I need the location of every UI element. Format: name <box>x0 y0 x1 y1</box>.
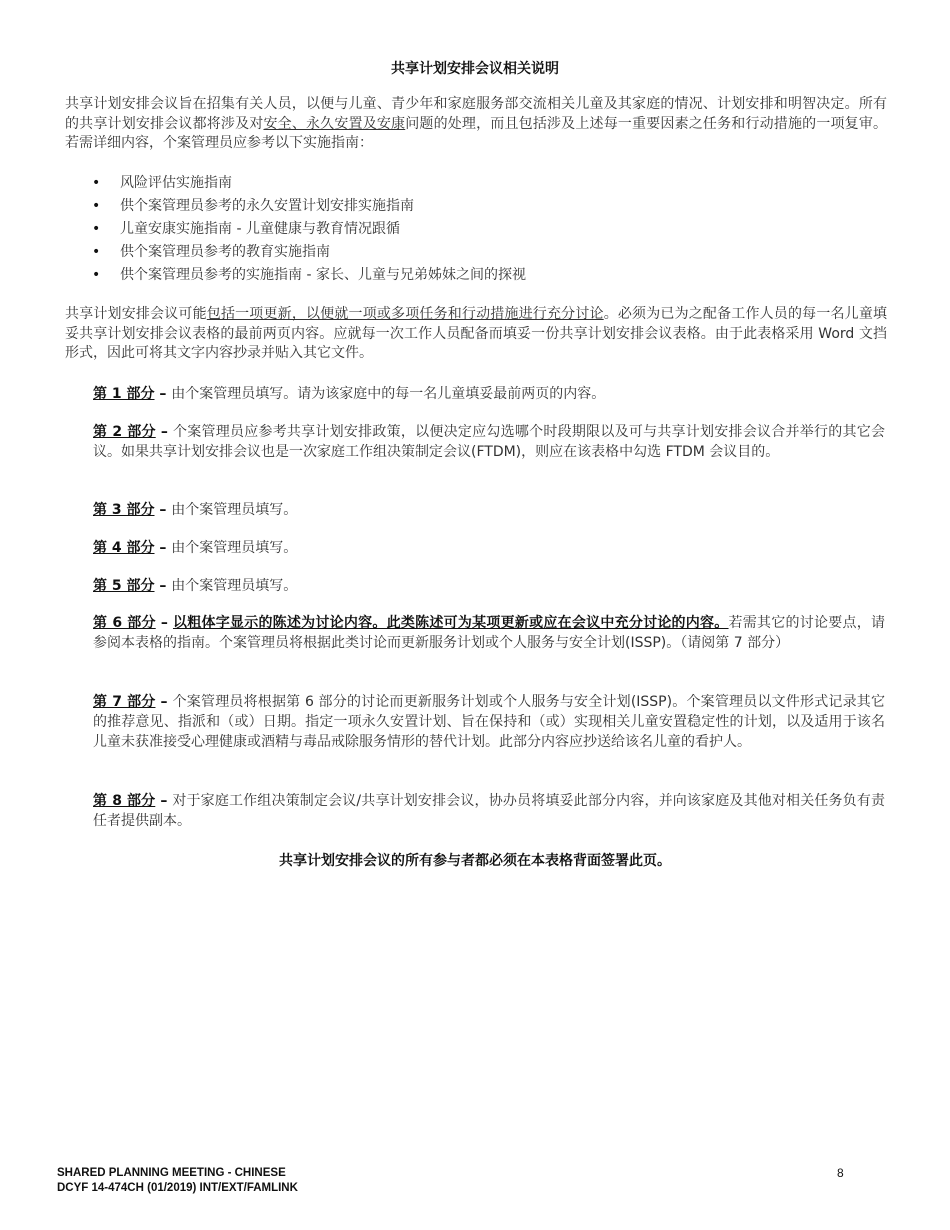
section-6: 第 6 部分 – 以粗体字显示的陈述为讨论内容。此类陈述可为某项更新或应在会议中… <box>93 613 885 653</box>
section-text: 由个案管理员填写。 <box>171 578 297 594</box>
bullet-icon: • <box>92 172 100 195</box>
section-dash: – <box>155 502 172 518</box>
section-text: 个案管理员将根据第 6 部分的讨论而更新服务计划或个人服务与安全计划(ISSP)… <box>93 694 885 750</box>
section-1: 第 1 部分 – 由个案管理员填写。请为该家庭中的每一名儿童填妥最前两页的内容。 <box>93 384 885 404</box>
section-5: 第 5 部分 – 由个案管理员填写。 <box>93 576 885 596</box>
section-dash: – <box>155 694 172 710</box>
list-item: •供个案管理员参考的永久安置计划安排实施指南 <box>90 195 526 218</box>
list-item: •风险评估实施指南 <box>90 172 526 195</box>
section-2: 第 2 部分 – 个案管理员应参考共享计划安排政策，以便决定应勾选哪个时段期限以… <box>93 422 885 462</box>
section-label: 第 5 部分 <box>93 578 155 594</box>
section-label: 第 7 部分 <box>93 694 155 710</box>
section-dash: – <box>155 578 172 594</box>
section-7: 第 7 部分 – 个案管理员将根据第 6 部分的讨论而更新服务计划或个人服务与安… <box>93 692 885 752</box>
update-paragraph: 共享计划安排会议可能包括一项更新，以便就一项或多项任务和行动措施进行充分讨论。必… <box>65 305 887 364</box>
section-dash: – <box>155 540 172 556</box>
bullet-icon: • <box>92 264 100 287</box>
list-item: •供个案管理员参考的教育实施指南 <box>90 241 526 264</box>
section-dash: – <box>156 424 173 440</box>
list-item: •儿童安康实施指南 - 儿童健康与教育情况跟循 <box>90 218 526 241</box>
section-dash: – <box>155 386 172 402</box>
intro-paragraph: 共享计划安排会议旨在招集有关人员，以便与儿童、青少年和家庭服务部交流相关儿童及其… <box>65 95 887 154</box>
list-item: •供个案管理员参考的实施指南 - 家长、儿童与兄弟姊妹之间的探视 <box>90 264 526 287</box>
section-text: 个案管理员应参考共享计划安排政策，以便决定应勾选哪个时段期限以及可与共享计划安排… <box>93 424 885 460</box>
list-item-text: 儿童安康实施指南 - 儿童健康与教育情况跟循 <box>120 221 400 237</box>
list-item-text: 供个案管理员参考的实施指南 - 家长、儿童与兄弟姊妹之间的探视 <box>120 267 526 283</box>
section-label: 第 3 部分 <box>93 502 155 518</box>
guides-list: •风险评估实施指南 •供个案管理员参考的永久安置计划安排实施指南 •儿童安康实施… <box>90 172 526 287</box>
section-text: 由个案管理员填写。请为该家庭中的每一名儿童填妥最前两页的内容。 <box>171 386 605 402</box>
section-3: 第 3 部分 – 由个案管理员填写。 <box>93 500 885 520</box>
list-item-text: 供个案管理员参考的永久安置计划安排实施指南 <box>120 198 414 214</box>
section-label: 第 1 部分 <box>93 386 155 402</box>
page-number: 8 <box>837 1166 844 1180</box>
footer-form-info: SHARED PLANNING MEETING - CHINESE DCYF 1… <box>57 1166 298 1196</box>
section-label: 第 4 部分 <box>93 540 155 556</box>
bullet-icon: • <box>92 195 100 218</box>
section-dash: – <box>155 793 172 809</box>
section-dash: – <box>156 615 173 631</box>
document-title: 共享计划安排会议相关说明 <box>0 58 950 78</box>
bullet-icon: • <box>92 218 100 241</box>
list-item-text: 风险评估实施指南 <box>120 175 232 191</box>
footer-form-number: DCYF 14-474CH (01/2019) INT/EXT/FAMLINK <box>57 1181 298 1196</box>
document-page: 共享计划安排会议相关说明 共享计划安排会议旨在招集有关人员，以便与儿童、青少年和… <box>0 0 950 1230</box>
update-text-1: 共享计划安排会议可能 <box>65 306 207 322</box>
section-label: 第 8 部分 <box>93 793 155 809</box>
section-text: 由个案管理员填写。 <box>171 502 297 518</box>
list-item-text: 供个案管理员参考的教育实施指南 <box>120 244 330 260</box>
closing-statement: 共享计划安排会议的所有参与者都必须在本表格背面签署此页。 <box>0 850 950 870</box>
section-bold-text: 以粗体字显示的陈述为讨论内容。此类陈述可为某项更新或应在会议中充分讨论的内容。 <box>173 615 729 631</box>
section-label: 第 6 部分 <box>93 615 156 631</box>
section-text: 对于家庭工作组决策制定会议/共享计划安排会议，协办员将填妥此部分内容，并向该家庭… <box>93 793 885 829</box>
section-4: 第 4 部分 – 由个案管理员填写。 <box>93 538 885 558</box>
footer-form-title: SHARED PLANNING MEETING - CHINESE <box>57 1166 298 1181</box>
intro-underlined-text: 安全、永久安置及安康 <box>263 116 405 132</box>
section-label: 第 2 部分 <box>93 424 156 440</box>
section-8: 第 8 部分 – 对于家庭工作组决策制定会议/共享计划安排会议，协办员将填妥此部… <box>93 791 885 831</box>
section-text: 由个案管理员填写。 <box>171 540 297 556</box>
bullet-icon: • <box>92 241 100 264</box>
update-underlined-text: 包括一项更新，以便就一项或多项任务和行动措施进行充分讨论 <box>207 306 604 322</box>
